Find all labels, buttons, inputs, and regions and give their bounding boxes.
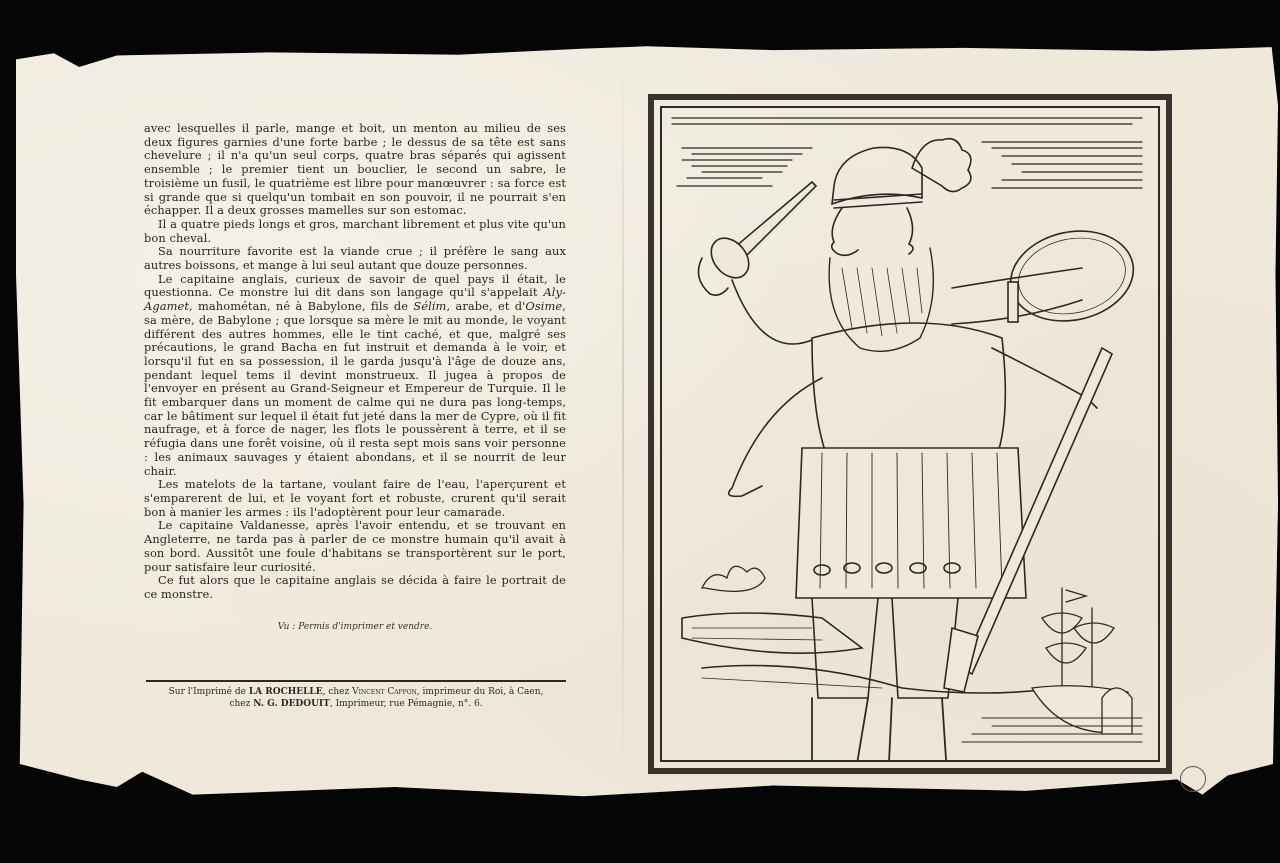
imprint-line-1: Sur l'Imprimé de LA ROCHELLE, chez Vince… <box>144 686 568 698</box>
imprint-text: , imprimeur du Roi, à Caen, <box>417 687 544 697</box>
p4-text-b: , mahométan, né à Babylone, fils de <box>189 299 413 313</box>
imprint-city: LA ROCHELLE <box>249 687 323 697</box>
imprint-text: Sur l'Imprimé de <box>169 687 249 697</box>
tunic <box>796 448 1026 598</box>
imprint-printer-2: N. G. DEDOUIT <box>253 699 330 709</box>
beard <box>829 248 933 351</box>
paragraph-2: Il a quatre pieds longs et gros, marchan… <box>144 218 566 245</box>
permission-line: Vu : Permis d'imprimer et vendre. <box>144 622 566 632</box>
p4-text-d: , sa mère, de Babylone ; que lorsque sa … <box>144 299 566 477</box>
paragraph-3: Sa nourriture favorite est la viande cru… <box>144 245 566 272</box>
clouds-right <box>982 142 1142 188</box>
imprint-text: chez <box>229 699 253 709</box>
left-page-text: avec lesquelles il parle, mange et boit,… <box>144 122 566 602</box>
library-stamp <box>1180 766 1206 792</box>
boots <box>792 698 948 760</box>
paragraph-4: Le capitaine anglais, curieux de savoir … <box>144 273 566 479</box>
sailing-ship <box>1032 588 1132 734</box>
center-fold <box>622 44 624 784</box>
left-upper-arm <box>732 280 812 344</box>
face-left <box>832 208 858 255</box>
paragraph-6: Le capitaine Valdanesse, après l'avoir e… <box>144 519 566 574</box>
p4-text-a: Le capitaine anglais, curieux de savoir … <box>144 272 566 300</box>
face-right <box>907 208 913 254</box>
name-osime: Osime <box>525 299 562 313</box>
paragraph-5: Les matelots de la tartane, voulant fair… <box>144 478 566 519</box>
shrub <box>702 566 765 591</box>
imprint-text: , Imprimeur, rue Pémagnie, n°. 6. <box>330 699 483 709</box>
imprint-line-2: chez N. G. DEDOUIT, Imprimeur, rue Pémag… <box>144 698 568 710</box>
woodcut-illustration <box>662 108 1158 760</box>
paragraph-1: avec lesquelles il parle, mange et boit,… <box>144 122 566 218</box>
imprint-text: , chez <box>323 687 353 697</box>
imprint: Sur l'Imprimé de LA ROCHELLE, chez Vince… <box>144 686 568 710</box>
imprint-rule <box>146 680 566 682</box>
p4-text-c: , arabe, et d' <box>446 299 525 313</box>
paragraph-7: Ce fut alors que le capitaine anglais se… <box>144 574 566 601</box>
imprint-printer: Vincent Cappon <box>352 687 417 697</box>
name-selim: Sélim <box>413 299 446 313</box>
